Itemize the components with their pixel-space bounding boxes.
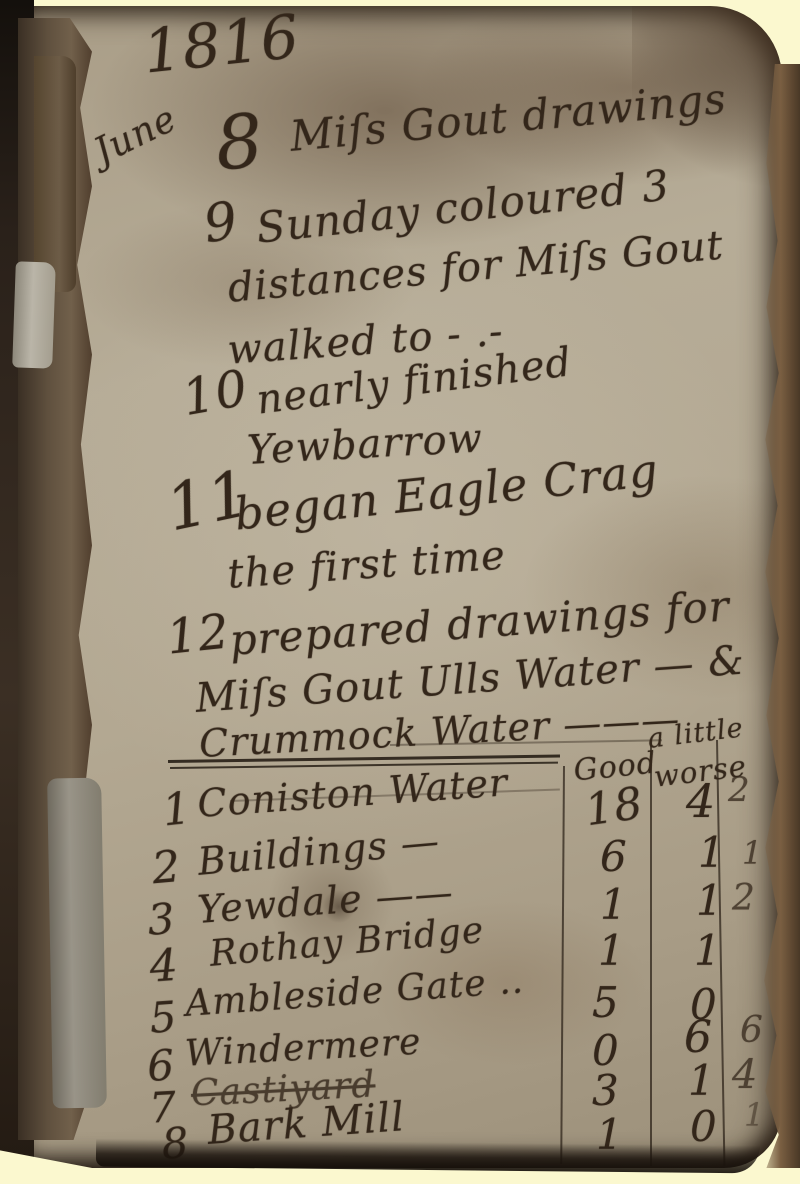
row-good: 18 [582, 778, 647, 837]
page-bottom-edge-shadow [96, 1139, 760, 1174]
manuscript-photo: 1816 June 8 Miſs Gout drawings 9 Sunday … [0, 0, 800, 1184]
row-edge-value: 4 [732, 1052, 758, 1098]
row-num: 4 [148, 940, 180, 993]
day-8: 8 [212, 98, 267, 188]
row-num: 2 [150, 841, 183, 894]
row-worse: 1 [698, 828, 726, 877]
row-worse: 0 [690, 1102, 718, 1151]
paper-tab-upper [12, 261, 56, 368]
row-edge-value: 6 [740, 1010, 764, 1051]
row-num: 3 [146, 894, 177, 945]
row-good: 5 [592, 978, 620, 1027]
row-good: 1 [598, 926, 626, 975]
row-edge-value: 1 [744, 1096, 765, 1134]
day-10: 10 [178, 359, 253, 428]
torn-page-stub-upper [34, 56, 76, 292]
row-num: 5 [148, 992, 179, 1043]
row-worse: 1 [694, 926, 722, 975]
table-column-rule-2 [650, 740, 652, 1166]
paper-tab-lower [47, 778, 107, 1109]
row-good: 1 [600, 880, 628, 929]
row-worse: 4 [686, 774, 716, 828]
row-good: 3 [592, 1066, 620, 1115]
row-edge-value: 1 [742, 834, 763, 872]
row-good: 6 [600, 832, 628, 881]
row-edge-value: 2 [732, 878, 756, 919]
row-num: 1 [160, 783, 194, 837]
row-edge-value: 2 [728, 770, 751, 810]
day-12: 12 [164, 603, 233, 665]
row-worse: 1 [696, 876, 724, 925]
row-worse: 1 [688, 1056, 716, 1105]
